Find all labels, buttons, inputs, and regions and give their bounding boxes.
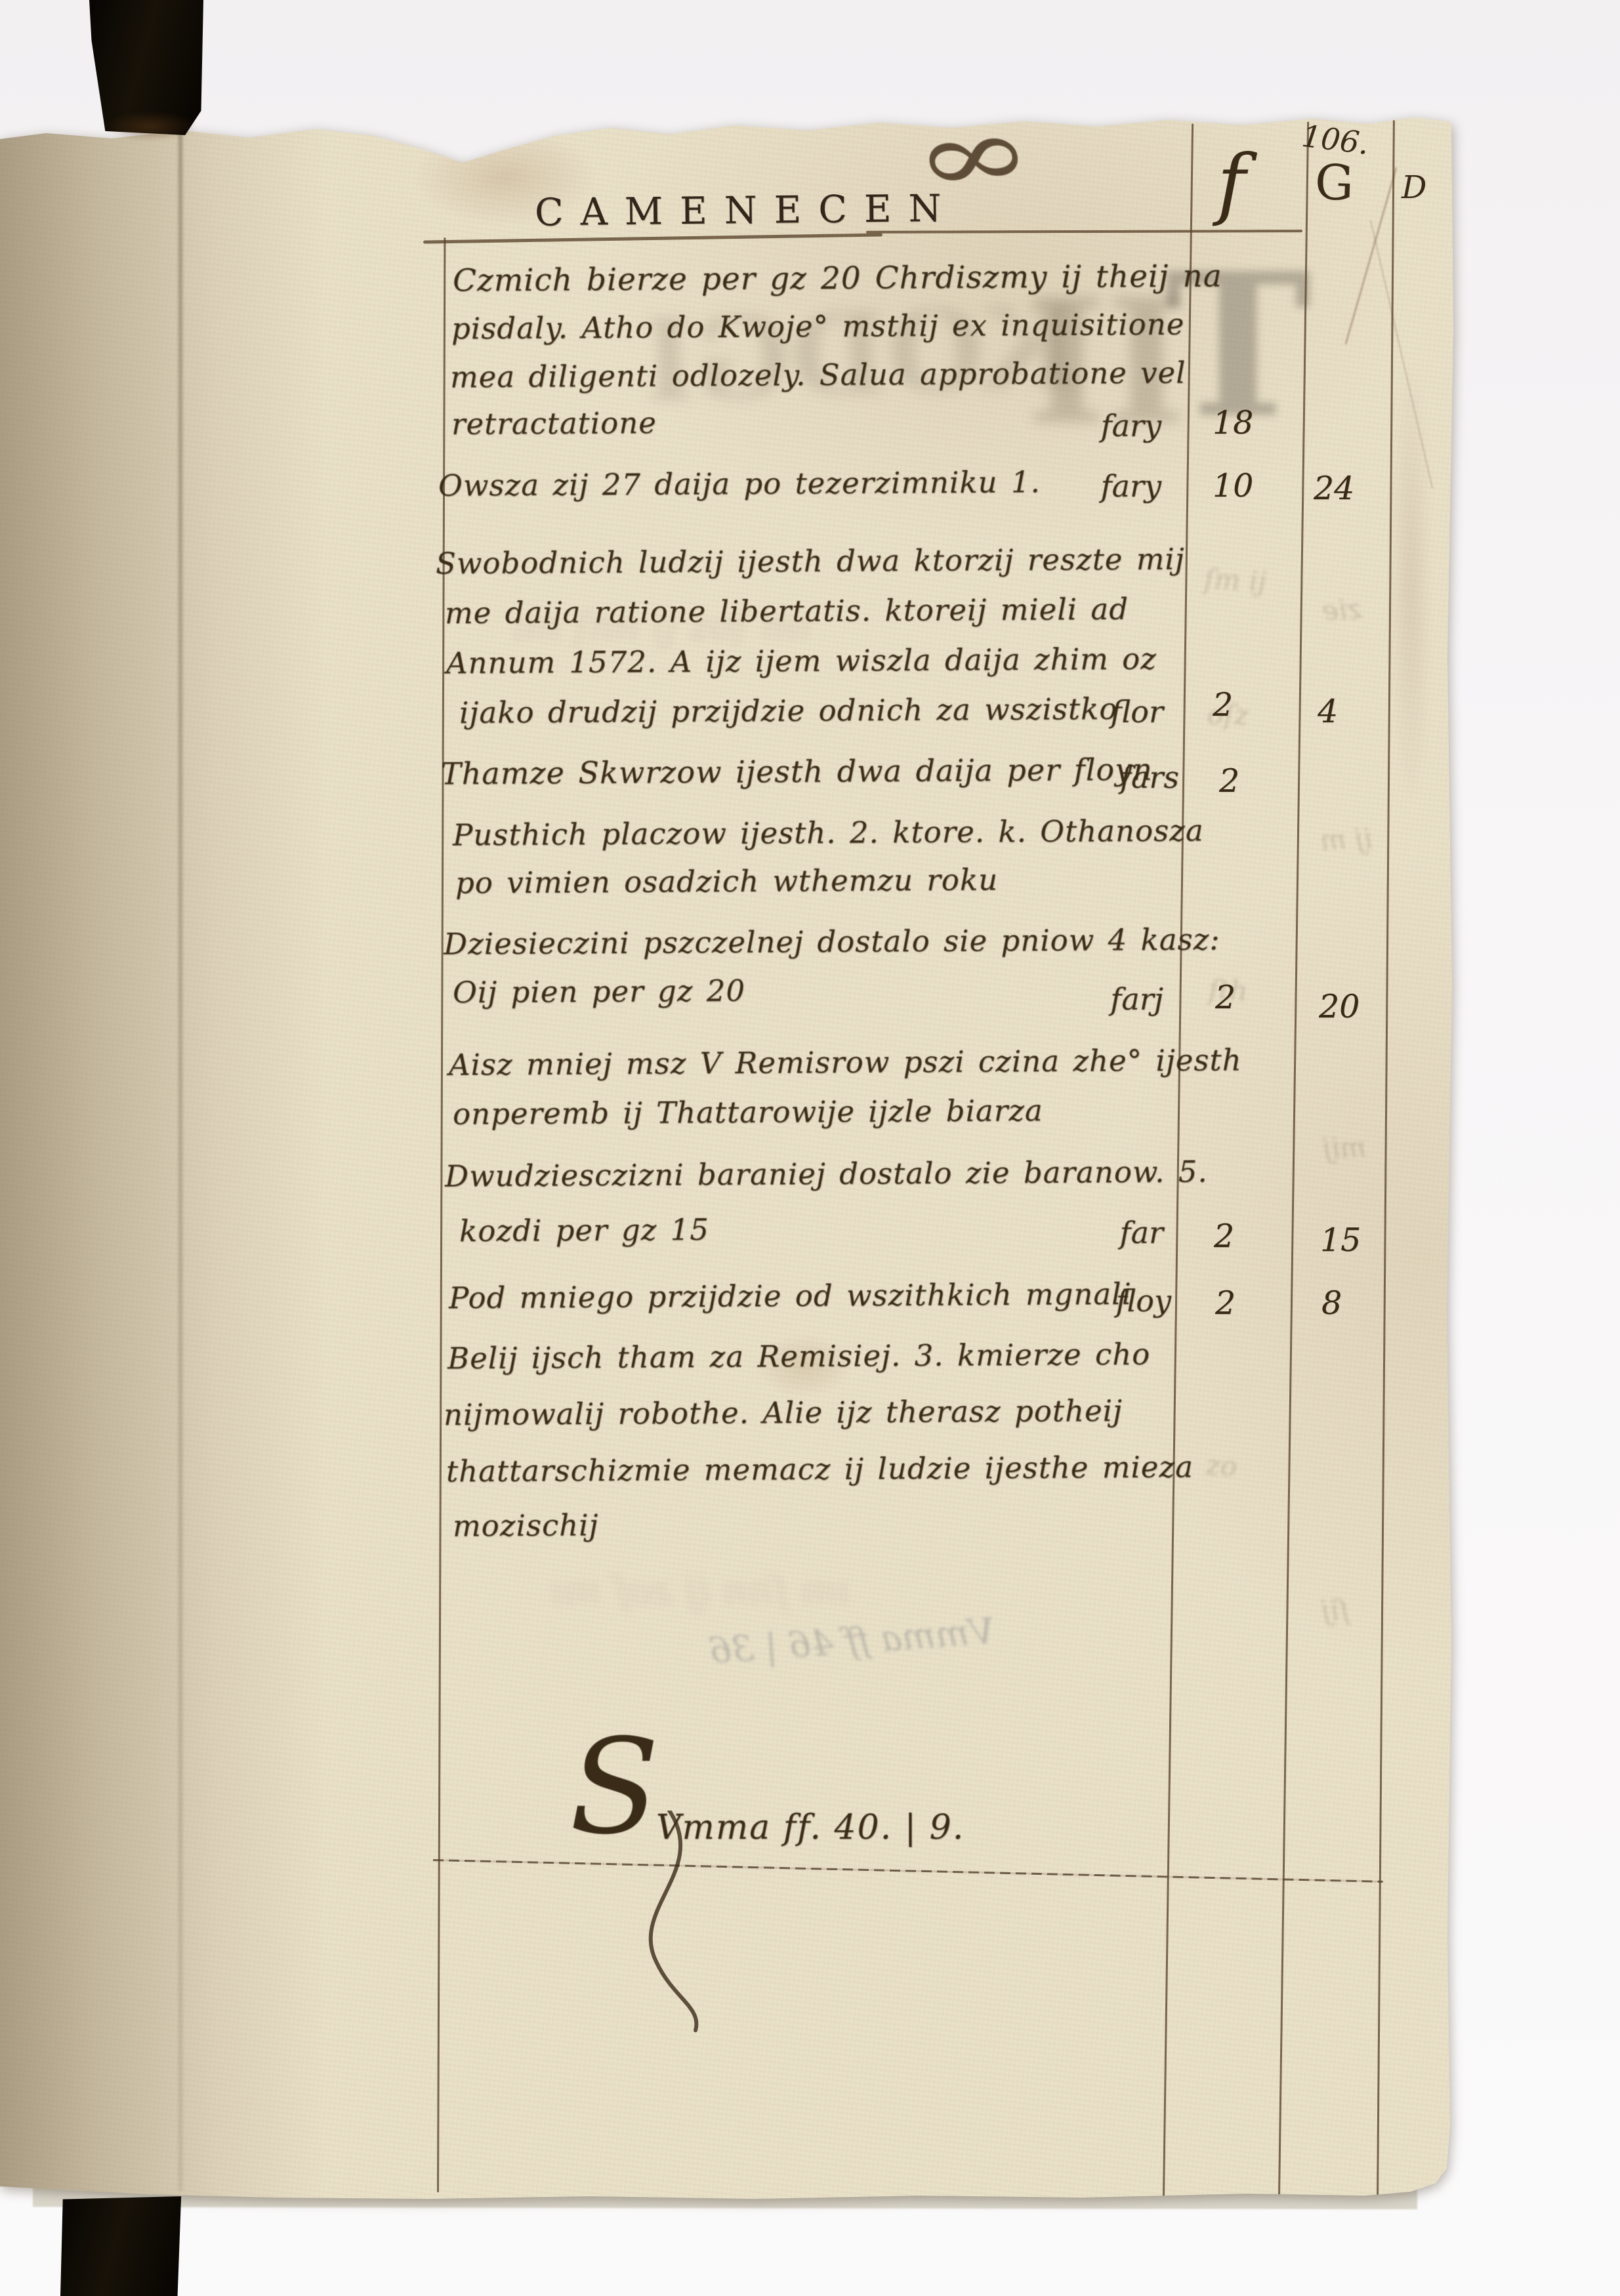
row-currency-label: flor xyxy=(1042,694,1163,729)
book-page: T II KODGI Vmma ff 46 | 36 ım ſnn ij zoſ… xyxy=(0,0,1620,2296)
header-flourish: ∞ xyxy=(902,93,1043,218)
strap-tip-smudge xyxy=(105,112,197,141)
bleedthrough-letters: KODGI xyxy=(641,281,1081,427)
book-clasp-strap-bottom xyxy=(60,2196,182,2296)
manuscript-line: Pod mniego przijdzie od wszithkich mgnal… xyxy=(449,1277,1132,1315)
florin-value: 2 xyxy=(1214,1218,1234,1255)
manuscript-line: Aisz mniej msz V Remisrow pszi czina zhe… xyxy=(449,1043,1242,1082)
row-currency-label: farj xyxy=(1042,981,1163,1017)
bleedthrough-mark: ij m xyxy=(1319,823,1373,857)
row-currency-label: far xyxy=(1042,1215,1163,1250)
book-page-wrap: T II KODGI Vmma ff 46 | 36 ım ſnn ij zoſ… xyxy=(0,0,1620,2296)
manuscript-line: po vimien osadzich wthemzu roku xyxy=(455,863,998,900)
manuscript-line: Pusthich placzow ijesth. 2. ktore. k. Ot… xyxy=(453,814,1204,853)
scanned-manuscript: T II KODGI Vmma ff 46 | 36 ım ſnn ij zoſ… xyxy=(0,0,1620,2296)
groszy-value: 20 xyxy=(1319,988,1360,1025)
manuscript-line: Belij ijsch tham za Remisiej. 3. kmierze… xyxy=(447,1338,1151,1376)
groszy-value: 8 xyxy=(1321,1284,1342,1322)
page-title: CAMENECEN xyxy=(535,187,959,235)
florin-value: 2 xyxy=(1215,1284,1236,1322)
manuscript-line: Annum 1572. A ijz ijem wiszla daija zhim… xyxy=(446,642,1157,680)
florin-value: 2 xyxy=(1219,762,1239,800)
row-currency-label: fars xyxy=(1058,760,1179,795)
florin-value: 10 xyxy=(1213,467,1253,504)
gutter-crease xyxy=(178,131,182,2191)
manuscript-line: mea diligenti odlozely. Salua approbatio… xyxy=(450,356,1186,395)
florin-value: 2 xyxy=(1215,979,1236,1016)
bleedthrough-mark: mij xyxy=(1323,1131,1367,1164)
stain xyxy=(1391,367,1430,800)
manuscript-line: retractatione xyxy=(451,406,657,441)
manuscript-line: me daija ratione libertatis. ktoreij mie… xyxy=(445,592,1129,630)
bleedthrough-mark: ſij xyxy=(1321,1593,1350,1626)
manuscript-line: mozischij xyxy=(453,1508,599,1543)
manuscript-line: onperemb ij Thattarowije ijzle biarza xyxy=(453,1094,1043,1131)
summa-text: Vmma ff. 40. | 9. xyxy=(656,1808,965,1847)
manuscript-line: Dwudziesczizni baraniej dostalo zie bara… xyxy=(445,1155,1208,1193)
groszy-value: 4 xyxy=(1318,693,1338,730)
manuscript-line: ijako drudzij przijdzie odnich za wszist… xyxy=(459,692,1118,730)
bleedthrough-mark: zie xyxy=(1321,592,1363,626)
manuscript-line: Owsza zij 27 daija po tezerzimniku 1. xyxy=(438,465,1041,502)
row-currency-label: floy xyxy=(1050,1283,1171,1319)
manuscript-line: Dziesieczini pszczelnej dostalo sie pnio… xyxy=(444,922,1220,961)
gutter-shadow xyxy=(0,118,341,2217)
florin-value: 2 xyxy=(1213,686,1233,724)
column-letter-d: D xyxy=(1402,169,1426,206)
manuscript-line: Swobodnich ludzij ijesth dwa ktorzij res… xyxy=(436,543,1185,581)
manuscript-line: nijmowalij robothe. Alie ijz therasz pot… xyxy=(444,1394,1123,1432)
bleedthrough-text: ım ſnn ij zoſ mı xyxy=(551,1568,850,1614)
manuscript-line: pisdaly. Atho do Kwoje° msthij ex inquis… xyxy=(451,308,1185,346)
manuscript-line: Czmich bierze per gz 20 Chrdiszmy ij the… xyxy=(453,258,1222,298)
florin-value: 18 xyxy=(1213,404,1253,441)
column-letter-g: G xyxy=(1314,154,1355,212)
row-currency-label: fary xyxy=(1040,408,1161,443)
groszy-value: 15 xyxy=(1320,1221,1361,1259)
row-currency-label: fary xyxy=(1040,468,1161,504)
florin-column-symbol: f xyxy=(1217,138,1246,228)
bleedthrough-mark: ſm ij xyxy=(1203,563,1267,597)
groszy-value: 24 xyxy=(1314,470,1354,507)
manuscript-line: kozdi per gz 15 xyxy=(459,1213,709,1248)
manuscript-line: Thamze Skwrzow ijesth dwa daija per floy… xyxy=(441,752,1153,792)
manuscript-line: Oij pien per gz 20 xyxy=(453,974,745,1010)
manuscript-line: thattarschizmie memacz ij ludzie ijesthe… xyxy=(446,1450,1194,1489)
bleedthrough-mark: zo xyxy=(1205,1449,1238,1483)
